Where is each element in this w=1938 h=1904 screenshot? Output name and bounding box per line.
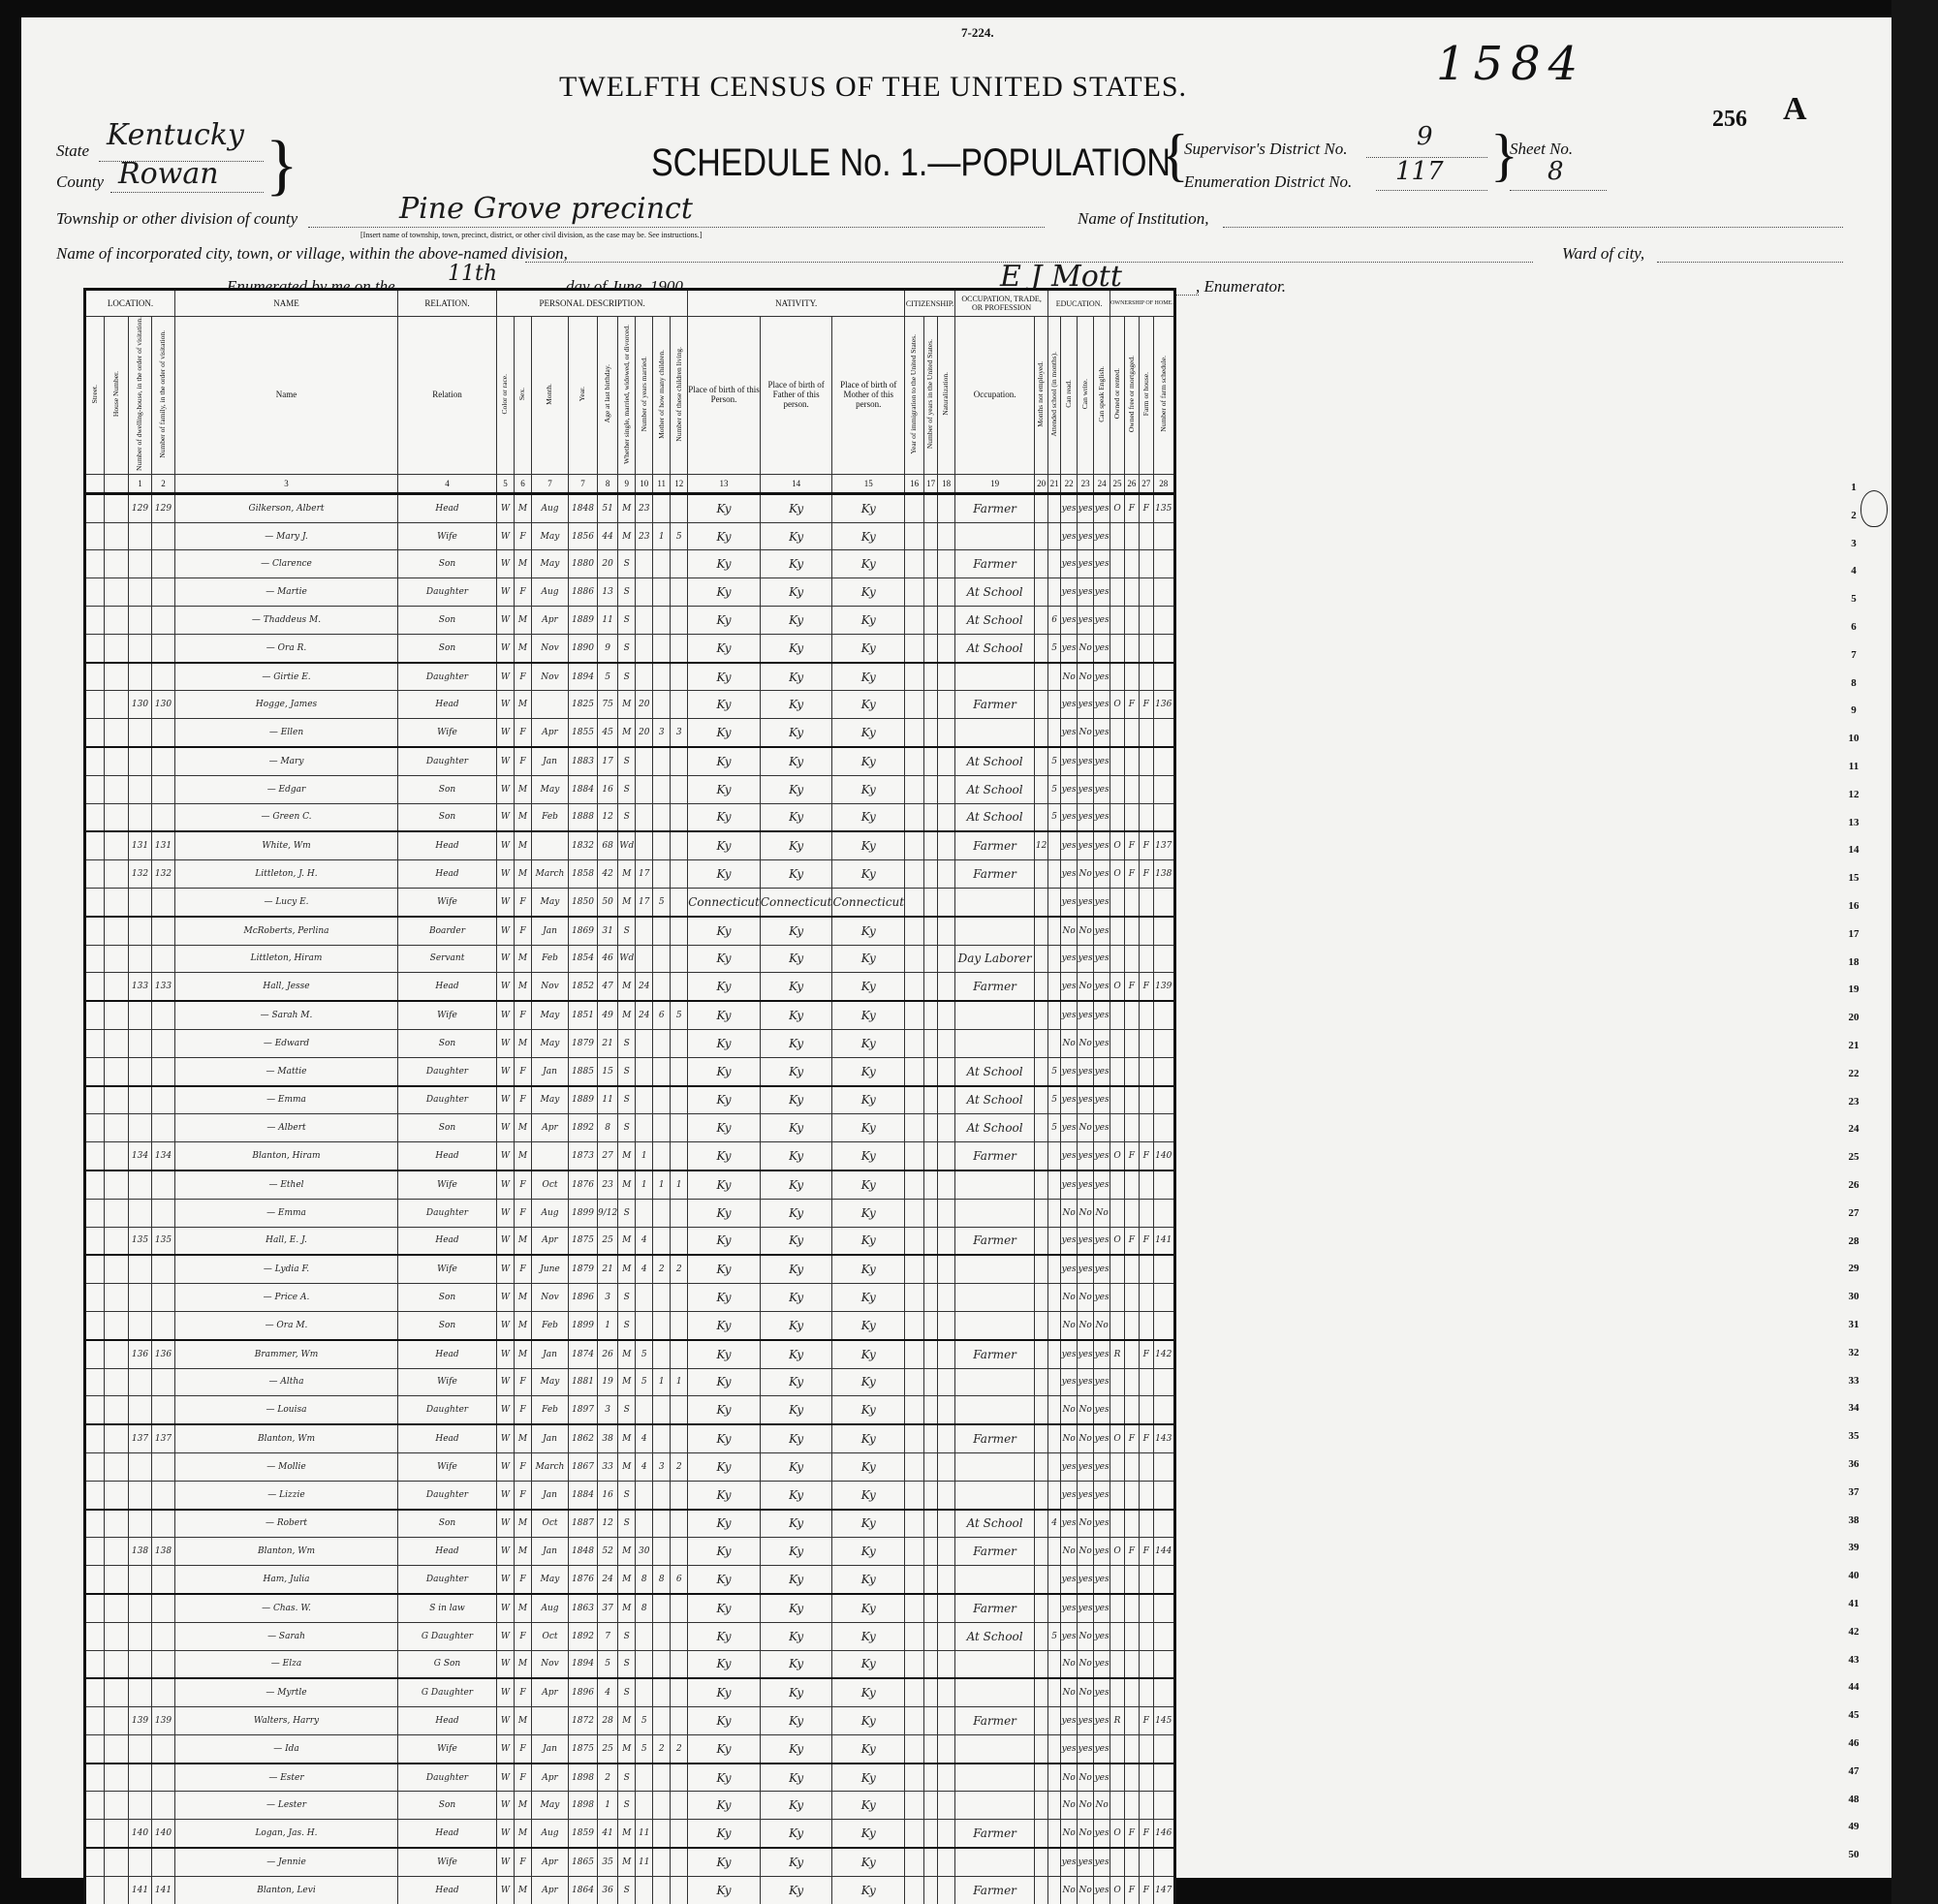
cell-farm-house: F <box>1139 1142 1153 1170</box>
cell-father-birthplace: Ky <box>760 1424 832 1452</box>
column-header: Months not employed. <box>1035 317 1048 475</box>
cell-can-speak-english: yes <box>1094 917 1110 945</box>
cell-house-number <box>105 1311 129 1339</box>
cell-street <box>85 1510 105 1538</box>
line-number: 16 <box>1839 900 1868 912</box>
cell-attended-school <box>1048 1170 1061 1199</box>
cell-father-birthplace: Ky <box>760 1199 832 1227</box>
cell-can-speak-english: yes <box>1094 1424 1110 1452</box>
cell-marital-status: M <box>618 1227 636 1255</box>
column-header: Mother of how many children. <box>653 317 671 475</box>
cell-occupation <box>955 1848 1035 1876</box>
cell-can-read: yes <box>1061 1255 1078 1283</box>
cell-relation: Daughter <box>398 578 497 607</box>
cell-farm-schedule <box>1153 888 1174 916</box>
cell-owned-rented <box>1110 1255 1125 1283</box>
cell-months-unemployed: 12 <box>1035 831 1048 859</box>
cell-can-speak-english: No <box>1094 1792 1110 1820</box>
cell-father-birthplace: Ky <box>760 1452 832 1481</box>
cell-can-speak-english: yes <box>1094 860 1110 889</box>
cell-street <box>85 1001 105 1029</box>
column-header: Farm or house. <box>1139 317 1153 475</box>
cell-race: W <box>497 1368 515 1396</box>
cell-naturalization <box>938 719 955 747</box>
cell-sex: F <box>515 1199 532 1227</box>
cell-mother-birthplace: Ky <box>832 719 905 747</box>
cell-occupation: Farmer <box>955 1707 1035 1735</box>
table-row: — EsterDaughterWFApr18982SKyKyKyNoNoyes <box>85 1764 1175 1792</box>
cell-immigration-year <box>905 831 924 859</box>
cell-dwelling-number <box>129 1029 152 1057</box>
cell-family-number <box>152 1170 175 1199</box>
cell-mother-of <box>653 1086 671 1114</box>
cell-sex: M <box>515 634 532 662</box>
cell-years-married <box>636 1876 653 1904</box>
table-row: 140140Logan, Jas. H.HeadWMAug185941M11Ky… <box>85 1820 1175 1848</box>
cell-years-married <box>636 917 653 945</box>
cell-birth-year: 1874 <box>569 1340 598 1368</box>
cell-age: 9/12 <box>598 1199 618 1227</box>
cell-free-mortgaged <box>1124 1057 1139 1085</box>
cell-birthplace: Ky <box>688 1764 761 1792</box>
cell-occupation <box>955 663 1035 691</box>
cell-birth-year: 1872 <box>569 1707 598 1735</box>
cell-street <box>85 1396 105 1424</box>
cell-house-number <box>105 1792 129 1820</box>
line-number: 45 <box>1839 1709 1868 1721</box>
cell-dwelling-number: 137 <box>129 1424 152 1452</box>
cell-years-in-us <box>924 719 938 747</box>
cell-street <box>85 1734 105 1763</box>
cell-farm-house: F <box>1139 831 1153 859</box>
line-number: 26 <box>1839 1179 1868 1191</box>
cell-can-write: No <box>1078 1622 1094 1650</box>
cell-person-name: Littleton, Hiram <box>175 945 398 973</box>
cell-farm-house: F <box>1139 1820 1153 1848</box>
cell-mother-of <box>653 607 671 635</box>
cell-house-number <box>105 1678 129 1706</box>
cell-marital-status: M <box>618 888 636 916</box>
cell-dwelling-number <box>129 578 152 607</box>
cell-farm-schedule <box>1153 1368 1174 1396</box>
cell-marital-status: S <box>618 917 636 945</box>
cell-immigration-year <box>905 663 924 691</box>
cell-street <box>85 1566 105 1594</box>
cell-birth-month: Jan <box>532 1424 569 1452</box>
cell-sex: F <box>515 1368 532 1396</box>
cell-birth-year: 1854 <box>569 945 598 973</box>
cell-father-birthplace: Ky <box>760 1368 832 1396</box>
cell-age: 12 <box>598 803 618 831</box>
cell-birth-year: 1898 <box>569 1792 598 1820</box>
cell-street <box>85 1057 105 1085</box>
cell-house-number <box>105 1368 129 1396</box>
cell-street <box>85 973 105 1001</box>
cell-immigration-year <box>905 1086 924 1114</box>
cell-age: 17 <box>598 747 618 775</box>
cell-months-unemployed <box>1035 1792 1048 1820</box>
cell-birthplace: Ky <box>688 1622 761 1650</box>
cell-age: 1 <box>598 1311 618 1339</box>
cell-mother-birthplace: Ky <box>832 1114 905 1142</box>
group-education: EDUCATION. <box>1048 290 1110 317</box>
cell-occupation: Farmer <box>955 550 1035 578</box>
cell-attended-school <box>1048 917 1061 945</box>
cell-owned-rented <box>1110 1622 1125 1650</box>
cell-birth-month <box>532 1707 569 1735</box>
cell-birth-month: Feb <box>532 1311 569 1339</box>
cell-birthplace: Ky <box>688 1199 761 1227</box>
cell-can-write: No <box>1078 917 1094 945</box>
table-row: — LizzieDaughterWFJan188416SKyKyKyyesyes… <box>85 1481 1175 1509</box>
cell-immigration-year <box>905 888 924 916</box>
cell-birthplace: Ky <box>688 1452 761 1481</box>
cell-years-in-us <box>924 775 938 803</box>
cell-relation: Head <box>398 1424 497 1452</box>
column-header: Place of birth of this Person. <box>688 317 761 475</box>
cell-can-speak-english: yes <box>1094 775 1110 803</box>
cell-can-write: yes <box>1078 1452 1094 1481</box>
cell-naturalization <box>938 1650 955 1678</box>
page-letter: A <box>1783 91 1807 128</box>
cell-years-married: 8 <box>636 1594 653 1622</box>
cell-free-mortgaged <box>1124 1368 1139 1396</box>
cell-can-speak-english: yes <box>1094 1227 1110 1255</box>
cell-farm-house: F <box>1139 1876 1153 1904</box>
cell-farm-house <box>1139 1057 1153 1085</box>
cell-free-mortgaged <box>1124 1340 1139 1368</box>
cell-race: W <box>497 493 515 522</box>
cell-race: W <box>497 1876 515 1904</box>
cell-race: W <box>497 1481 515 1509</box>
cell-father-birthplace: Ky <box>760 493 832 522</box>
census-table: LOCATION. NAME RELATION. PERSONAL DESCRI… <box>83 288 1176 1904</box>
cell-can-read: yes <box>1061 1622 1078 1650</box>
cell-dwelling-number <box>129 1622 152 1650</box>
cell-years-in-us <box>924 1452 938 1481</box>
cell-farm-house <box>1139 1481 1153 1509</box>
cell-farm-house: F <box>1139 1227 1153 1255</box>
cell-years-in-us <box>924 1340 938 1368</box>
cell-age: 7 <box>598 1622 618 1650</box>
cell-street <box>85 1029 105 1057</box>
line-number: 1 <box>1839 482 1868 493</box>
cell-occupation <box>955 522 1035 550</box>
cell-attended-school <box>1048 1396 1061 1424</box>
cell-farm-schedule: 141 <box>1153 1227 1174 1255</box>
township-line <box>308 227 1045 228</box>
cell-family-number <box>152 1255 175 1283</box>
cell-farm-house <box>1139 1368 1153 1396</box>
cell-free-mortgaged <box>1124 1029 1139 1057</box>
cell-naturalization <box>938 945 955 973</box>
cell-family-number <box>152 578 175 607</box>
cell-years-in-us <box>924 831 938 859</box>
cell-mother-birthplace: Ky <box>832 747 905 775</box>
column-header-label: Occupation. <box>974 390 1016 399</box>
line-number: 49 <box>1839 1821 1868 1832</box>
cell-farm-schedule: 135 <box>1153 493 1174 522</box>
cell-birth-month: Oct <box>532 1510 569 1538</box>
cell-months-unemployed <box>1035 1396 1048 1424</box>
column-header: House Number. <box>105 317 129 475</box>
cell-years-in-us <box>924 1594 938 1622</box>
cell-farm-schedule <box>1153 747 1174 775</box>
cell-years-married: 5 <box>636 1734 653 1763</box>
cell-marital-status: S <box>618 1311 636 1339</box>
cell-immigration-year <box>905 1707 924 1735</box>
enumeration-value: 117 <box>1395 157 1444 186</box>
column-header: Owned or rented. <box>1110 317 1125 475</box>
cell-sex: M <box>515 1424 532 1452</box>
cell-birth-year: 1876 <box>569 1566 598 1594</box>
cell-naturalization <box>938 1199 955 1227</box>
cell-person-name: — Altha <box>175 1368 398 1396</box>
column-number: 1 <box>129 474 152 493</box>
cell-marital-status: S <box>618 1114 636 1142</box>
cell-naturalization <box>938 1001 955 1029</box>
cell-farm-house: F <box>1139 860 1153 889</box>
table-row: 134134Blanton, HiramHeadWM187327M1KyKyKy… <box>85 1142 1175 1170</box>
cell-free-mortgaged <box>1124 1707 1139 1735</box>
cell-family-number <box>152 1368 175 1396</box>
cell-years-married <box>636 578 653 607</box>
cell-father-birthplace: Ky <box>760 1311 832 1339</box>
cell-farm-house <box>1139 1650 1153 1678</box>
cell-children-living <box>671 1057 688 1085</box>
cell-can-read: No <box>1061 1538 1078 1566</box>
cell-age: 8 <box>598 1114 618 1142</box>
cell-street <box>85 1650 105 1678</box>
cell-race: W <box>497 888 515 916</box>
cell-free-mortgaged: F <box>1124 973 1139 1001</box>
cell-street <box>85 1199 105 1227</box>
cell-race: W <box>497 1001 515 1029</box>
cell-months-unemployed <box>1035 1424 1048 1452</box>
cell-birth-month: Aug <box>532 578 569 607</box>
cell-birth-month: Jan <box>532 1057 569 1085</box>
cell-street <box>85 493 105 522</box>
cell-birth-year: 1889 <box>569 607 598 635</box>
cell-house-number <box>105 1510 129 1538</box>
line-number: 17 <box>1839 928 1868 940</box>
cell-can-read: No <box>1061 1876 1078 1904</box>
cell-free-mortgaged <box>1124 1764 1139 1792</box>
cell-children-living <box>671 917 688 945</box>
cell-owned-rented <box>1110 1510 1125 1538</box>
line-number: 7 <box>1839 649 1868 661</box>
cell-months-unemployed <box>1035 1029 1048 1057</box>
cell-family-number <box>152 1622 175 1650</box>
cell-marital-status: S <box>618 1876 636 1904</box>
cell-children-living: 1 <box>671 1368 688 1396</box>
cell-birthplace: Ky <box>688 1170 761 1199</box>
cell-mother-birthplace: Ky <box>832 1538 905 1566</box>
cell-relation: Son <box>398 1284 497 1312</box>
table-row: — Lucy E.WifeWFMay185050M175ConnecticutC… <box>85 888 1175 916</box>
cell-farm-schedule <box>1153 1255 1174 1283</box>
line-number: 30 <box>1839 1291 1868 1302</box>
cell-house-number <box>105 1594 129 1622</box>
column-number: 7 <box>569 474 598 493</box>
column-number: 5 <box>497 474 515 493</box>
cell-immigration-year <box>905 1001 924 1029</box>
cell-attended-school <box>1048 1255 1061 1283</box>
cell-age: 49 <box>598 1001 618 1029</box>
cell-naturalization <box>938 1678 955 1706</box>
cell-house-number <box>105 1481 129 1509</box>
cell-street <box>85 1311 105 1339</box>
cell-months-unemployed <box>1035 1284 1048 1312</box>
cell-free-mortgaged <box>1124 1086 1139 1114</box>
cell-mother-of <box>653 1848 671 1876</box>
cell-age: 23 <box>598 1170 618 1199</box>
cell-attended-school <box>1048 1142 1061 1170</box>
cell-relation: Head <box>398 1876 497 1904</box>
cell-can-write: No <box>1078 1538 1094 1566</box>
column-number: 9 <box>618 474 636 493</box>
cell-children-living <box>671 1650 688 1678</box>
cell-race: W <box>497 1340 515 1368</box>
cell-race: W <box>497 945 515 973</box>
cell-farm-house <box>1139 1001 1153 1029</box>
cell-attended-school <box>1048 1029 1061 1057</box>
cell-years-in-us <box>924 663 938 691</box>
cell-free-mortgaged <box>1124 1650 1139 1678</box>
cell-person-name: — Lester <box>175 1792 398 1820</box>
census-title: TWELFTH CENSUS OF THE UNITED STATES. <box>559 71 1187 104</box>
cell-farm-schedule <box>1153 1057 1174 1085</box>
cell-children-living <box>671 1227 688 1255</box>
cell-owned-rented <box>1110 1114 1125 1142</box>
cell-mother-birthplace: Ky <box>832 1424 905 1452</box>
cell-farm-schedule <box>1153 1764 1174 1792</box>
township-note: [Insert name of township, town, precinct… <box>360 231 702 239</box>
cell-children-living <box>671 1029 688 1057</box>
cell-can-speak-english: yes <box>1094 1001 1110 1029</box>
cell-can-write: yes <box>1078 691 1094 719</box>
cell-years-in-us <box>924 917 938 945</box>
cell-years-in-us <box>924 493 938 522</box>
cell-children-living <box>671 1481 688 1509</box>
cell-house-number <box>105 1707 129 1735</box>
cell-occupation <box>955 1001 1035 1029</box>
cell-farm-house <box>1139 1594 1153 1622</box>
cell-years-married <box>636 1114 653 1142</box>
cell-street <box>85 1284 105 1312</box>
column-header: Name <box>175 317 398 475</box>
cell-street <box>85 522 105 550</box>
cell-months-unemployed <box>1035 1764 1048 1792</box>
cell-birthplace: Ky <box>688 1876 761 1904</box>
cell-relation: Son <box>398 1792 497 1820</box>
column-number: 19 <box>955 474 1035 493</box>
cell-occupation: At School <box>955 747 1035 775</box>
cell-can-write: No <box>1078 1650 1094 1678</box>
cell-person-name: — Martie <box>175 578 398 607</box>
table-row: — Ora M.SonWMFeb18991SKyKyKyNoNoNo <box>85 1311 1175 1339</box>
cell-owned-rented <box>1110 775 1125 803</box>
cell-birth-year: 1869 <box>569 917 598 945</box>
county-value: Rowan <box>118 157 219 191</box>
cell-house-number <box>105 493 129 522</box>
cell-owned-rented: O <box>1110 1820 1125 1848</box>
line-number: 2 <box>1839 510 1868 521</box>
column-number: 28 <box>1153 474 1174 493</box>
column-number: 18 <box>938 474 955 493</box>
cell-father-birthplace: Ky <box>760 747 832 775</box>
cell-can-write: yes <box>1078 831 1094 859</box>
cell-children-living <box>671 1764 688 1792</box>
cell-father-birthplace: Ky <box>760 1255 832 1283</box>
cell-relation: Wife <box>398 719 497 747</box>
cell-free-mortgaged <box>1124 1255 1139 1283</box>
cell-attended-school <box>1048 1848 1061 1876</box>
cell-relation: Daughter <box>398 1396 497 1424</box>
cell-age: 5 <box>598 663 618 691</box>
column-number: 12 <box>671 474 688 493</box>
cell-relation: Head <box>398 831 497 859</box>
cell-owned-rented: O <box>1110 860 1125 889</box>
column-header-label: Naturalization. <box>942 372 950 416</box>
cell-can-read: No <box>1061 1311 1078 1339</box>
cell-birth-month: Apr <box>532 1678 569 1706</box>
cell-farm-house <box>1139 1566 1153 1594</box>
cell-relation: Head <box>398 1227 497 1255</box>
cell-immigration-year <box>905 578 924 607</box>
cell-house-number <box>105 719 129 747</box>
cell-birth-year: 1879 <box>569 1029 598 1057</box>
cell-occupation: Farmer <box>955 1538 1035 1566</box>
cell-family-number <box>152 775 175 803</box>
cell-mother-of: 1 <box>653 522 671 550</box>
table-row: — MollieWifeWFMarch186733M432KyKyKyyesye… <box>85 1452 1175 1481</box>
line-number: 9 <box>1839 704 1868 716</box>
cell-can-write: yes <box>1078 1086 1094 1114</box>
cell-attended-school: 4 <box>1048 1510 1061 1538</box>
cell-birthplace: Ky <box>688 1792 761 1820</box>
cell-occupation: At School <box>955 1057 1035 1085</box>
cell-can-speak-english: yes <box>1094 1650 1110 1678</box>
cell-can-write: No <box>1078 634 1094 662</box>
cell-sex: M <box>515 1876 532 1904</box>
cell-years-married: 5 <box>636 1368 653 1396</box>
cell-birth-year: 1875 <box>569 1734 598 1763</box>
cell-children-living: 2 <box>671 1255 688 1283</box>
cell-months-unemployed <box>1035 803 1048 831</box>
cell-dwelling-number: 132 <box>129 860 152 889</box>
cell-attended-school <box>1048 493 1061 522</box>
cell-family-number <box>152 1650 175 1678</box>
cell-family-number <box>152 719 175 747</box>
line-number: 31 <box>1839 1319 1868 1330</box>
cell-children-living <box>671 973 688 1001</box>
cell-owned-rented: O <box>1110 493 1125 522</box>
county-label: County <box>56 172 104 192</box>
cell-sex: F <box>515 663 532 691</box>
table-row: — MattieDaughterWFJan188515SKyKyKyAt Sch… <box>85 1057 1175 1085</box>
cell-attended-school <box>1048 1820 1061 1848</box>
cell-family-number: 136 <box>152 1340 175 1368</box>
cell-birthplace: Ky <box>688 607 761 635</box>
cell-naturalization <box>938 1566 955 1594</box>
cell-occupation: Farmer <box>955 1594 1035 1622</box>
cell-dwelling-number <box>129 1001 152 1029</box>
cell-birth-month: Jan <box>532 917 569 945</box>
cell-mother-of <box>653 1594 671 1622</box>
cell-race: W <box>497 691 515 719</box>
table-row: 137137Blanton, WmHeadWMJan186238M4KyKyKy… <box>85 1424 1175 1452</box>
